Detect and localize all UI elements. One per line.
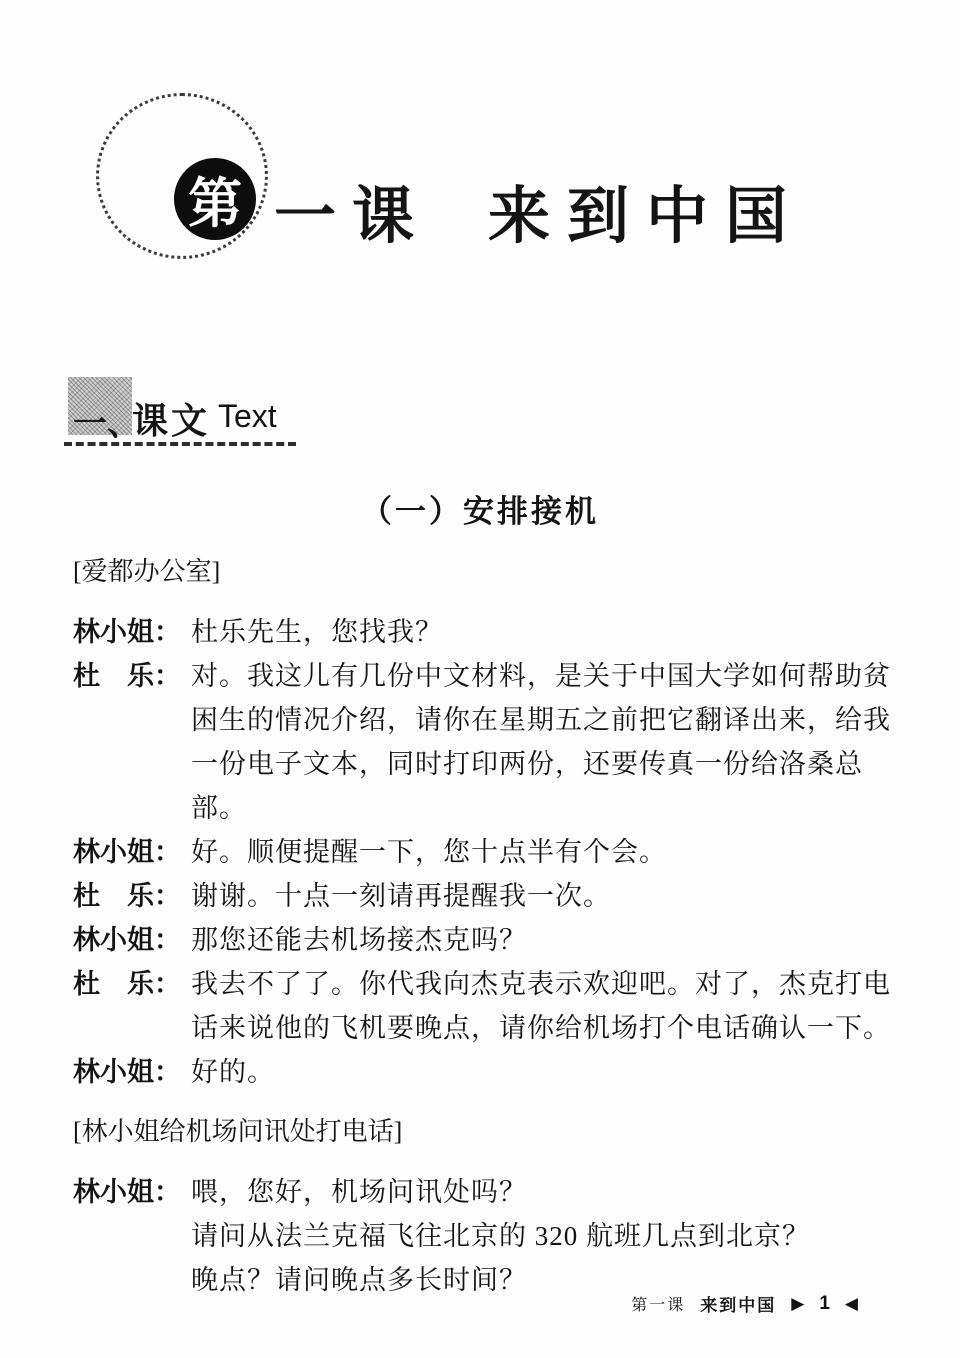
dialog-line: 林小姐： 喂，您好，机场问讯处吗？ (73, 1170, 891, 1214)
dialogue-scene-office: [爱都办公室] 林小姐： 杜乐先生，您找我？ 杜 乐： 对。我这儿有几份中文材料… (73, 556, 891, 1094)
dialog-text: 喂，您好，机场问讯处吗？ (191, 1170, 891, 1214)
page-marker-left-icon: ◀ (845, 1295, 858, 1312)
page-marker-right-icon: ▶ (791, 1295, 804, 1312)
speaker-name: 林小姐： (73, 610, 191, 654)
section-number: 一、 (73, 396, 141, 445)
scene-location-label: [爱都办公室] (73, 556, 891, 588)
dialog-text: 好的。 (191, 1050, 891, 1094)
lesson-number-badge: 第 (174, 158, 256, 240)
dialog-text: 杜乐先生，您找我？ (191, 610, 891, 654)
speaker-name: 杜 乐： (73, 654, 191, 698)
lesson-text-content: [爱都办公室] 林小姐： 杜乐先生，您找我？ 杜 乐： 对。我这儿有几份中文材料… (73, 556, 891, 1302)
dialog-line: 林小姐： 好。顺便提醒一下，您十点半有个会。 (73, 830, 891, 874)
lesson-number-text: 一课 (274, 166, 430, 255)
dialog-text: 我去不了了。你代我向杰克表示欢迎吧。对了，杰克打电话来说他的飞机要晚点，请你给机… (191, 962, 891, 1050)
dialog-line: 林小姐： 那您还能去机场接杰克吗？ (73, 918, 891, 962)
dialog-text: 那您还能去机场接杰克吗？ (191, 918, 891, 962)
scene-location-label: [林小姐给机场问讯处打电话] (73, 1116, 891, 1148)
lesson-title: 来到中国 (488, 166, 804, 255)
speaker-name: 林小姐： (73, 830, 191, 874)
footer-lesson-label: 第一课 (631, 1292, 685, 1315)
speaker-name: 杜 乐： (73, 874, 191, 918)
dialog-text: 请问从法兰克福飞往北京的 320 航班几点到北京？ (191, 1214, 891, 1258)
section-label-english: Text (218, 398, 277, 435)
speaker-name: 杜 乐： (73, 962, 191, 1006)
section-header: 一、 课文 Text (64, 372, 304, 446)
dialog-line: 林小姐： 好的。 (73, 1050, 891, 1094)
lesson-number-char: 第 (188, 161, 242, 238)
section-label: 课文 (132, 393, 210, 444)
textbook-page: 第 一课 来到中国 一、 课文 Text （一）安排接机 [爱都办公室] 林小姐… (0, 0, 960, 1358)
dialog-text: 好。顺便提醒一下，您十点半有个会。 (191, 830, 891, 874)
speaker-name: 林小姐： (73, 1170, 191, 1214)
page-footer: 第一课 来到中国 ▶ 1 ◀ (631, 1291, 858, 1316)
dialog-line: 杜 乐： 对。我这儿有几份中文材料，是关于中国大学如何帮助贫困生的情况介绍，请你… (73, 654, 891, 830)
dialog-line: 杜 乐： 我去不了了。你代我向杰克表示欢迎吧。对了，杰克打电话来说他的飞机要晚点… (73, 962, 891, 1050)
subsection-title: （一）安排接机 (0, 486, 960, 531)
dialog-line: 杜 乐： 谢谢。十点一刻请再提醒我一次。 (73, 874, 891, 918)
dialog-text: 对。我这儿有几份中文材料，是关于中国大学如何帮助贫困生的情况介绍，请你在星期五之… (191, 654, 891, 830)
dialog-line: 请问从法兰克福飞往北京的 320 航班几点到北京？ (73, 1214, 891, 1258)
dashed-underline (64, 442, 296, 446)
speaker-name: 林小姐： (73, 918, 191, 962)
dialog-text: 谢谢。十点一刻请再提醒我一次。 (191, 874, 891, 918)
speaker-name: 林小姐： (73, 1050, 191, 1094)
page-number: 1 (819, 1293, 830, 1315)
footer-lesson-title: 来到中国 (700, 1291, 776, 1316)
dialogue-scene-phone-call: [林小姐给机场问讯处打电话] 林小姐： 喂，您好，机场问讯处吗？ 请问从法兰克福… (73, 1116, 891, 1302)
dialog-line: 林小姐： 杜乐先生，您找我？ (73, 610, 891, 654)
